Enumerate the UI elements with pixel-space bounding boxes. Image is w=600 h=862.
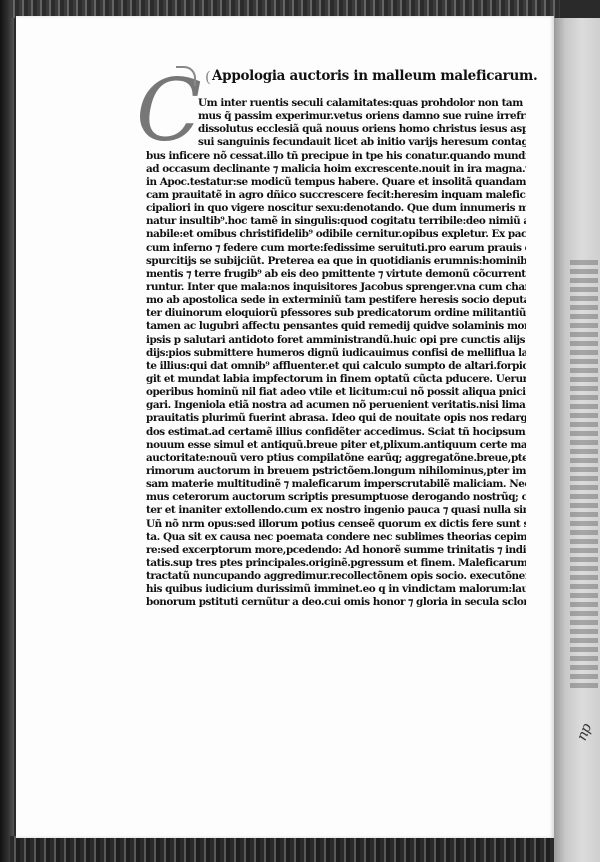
paragraph-mark-icon: (	[205, 68, 211, 86]
text-line: rimorum auctorum in breuem pstrictõem.lo…	[146, 465, 526, 478]
page-heading: Appologia auctoris in malleum maleficaru…	[212, 68, 537, 84]
text-line: bus inficere nõ cessat.illo tñ precipue …	[146, 150, 526, 163]
text-line: prauitatis plurimũ fuerint abrasa. Ideo …	[146, 412, 526, 425]
text-line: Um inter ruentis seculi calamitates:quas…	[146, 97, 526, 110]
text-line: ad occasum declinante ⁊ malicia hoim exc…	[146, 163, 526, 176]
text-line: dijs:pios submittere humeros dignũ iudic…	[146, 347, 526, 360]
text-line: natur insultib⁹.hoc tamẽ in singulis:quo…	[146, 215, 526, 228]
text-line: nabile:et omibus christifidelib⁹ odibile…	[146, 228, 526, 241]
text-line: sui sanguinis fecundauit licet ab initio…	[146, 136, 526, 149]
text-line: tatis.sup tres ptes principales.originẽ.…	[146, 557, 526, 570]
text-line: in Apoc.testatur:se modicũ tempus habere…	[146, 176, 526, 189]
text-line: dissolutus ecclesiã quã nouus oriens hom…	[146, 123, 526, 136]
text-line: ta. Qua sit ex causa nec poemata condere…	[146, 531, 526, 544]
text-line: tamen ac lugubri affectu pensantes quid …	[146, 320, 526, 333]
text-line: nouum esse simul et antiquũ.breue piter …	[146, 439, 526, 452]
text-line: gari. Ingeniola etiã nostra ad acumen nõ…	[146, 399, 526, 412]
text-line: runtur. Inter que mala:nos inquisitores …	[146, 281, 526, 294]
text-line: cum inferno ⁊ federe cum morte:fedissime…	[146, 242, 526, 255]
text-line: te illius:qui dat omnib⁹ affluenter.et q…	[146, 360, 526, 373]
text-line: mentis ⁊ terre frugib⁹ ab eis deo pmitte…	[146, 268, 526, 281]
text-line: cam prauitatẽ in agro dñico succrescere …	[146, 189, 526, 202]
text-line: spurcitijs se subijciũt. Preterea ea que…	[146, 255, 526, 268]
book-binding-edge	[0, 0, 14, 862]
text-line: sam materie multitudinẽ ⁊ maleficarum im…	[146, 478, 526, 491]
facing-page-text-bleed	[570, 260, 598, 690]
text-line: Uñ nõ nrm opus:sed illorum potius censeẽ…	[146, 518, 526, 531]
text-line: auctoritate:nouũ vero ptius compilatõne …	[146, 452, 526, 465]
body-text: Um inter ruentis seculi calamitates:quas…	[146, 97, 526, 609]
text-line: dos estimat.ad certamẽ illius confidẽter…	[146, 426, 526, 439]
text-line: bonorum pstituti cernũtur a deo.cui omis…	[146, 596, 526, 609]
text-line: ter et inaniter extollendo.cum ex nostro…	[146, 504, 526, 517]
text-line: mo ab apostolica sede in exterminiũ tam …	[146, 294, 526, 307]
text-line: cipaliori in quo vigere noscitur sexu:de…	[146, 202, 526, 215]
text-line: operibus hominũ nil fiat adeo vtile et l…	[146, 386, 526, 399]
text-line: ipsis p salutari antidoto foret amminist…	[146, 334, 526, 347]
text-line: mus q̃ passim experimur.vetus oriens dam…	[146, 110, 526, 123]
text-line: git et mundat labia impfectorum in finem…	[146, 373, 526, 386]
text-line: mus ceterorum auctorum scriptis presumpt…	[146, 491, 526, 504]
text-line: his quibus iudicium durissimũ imminet.eo…	[146, 583, 526, 596]
text-line: tractatũ nuncupando aggredimur.recollect…	[146, 570, 526, 583]
page-bottom-edge	[10, 836, 570, 862]
text-line: re:sed excerptorum more,pcedendo: Ad hon…	[146, 544, 526, 557]
text-line: ter diuinorum eloquiorũ pfessores sub pr…	[146, 307, 526, 320]
